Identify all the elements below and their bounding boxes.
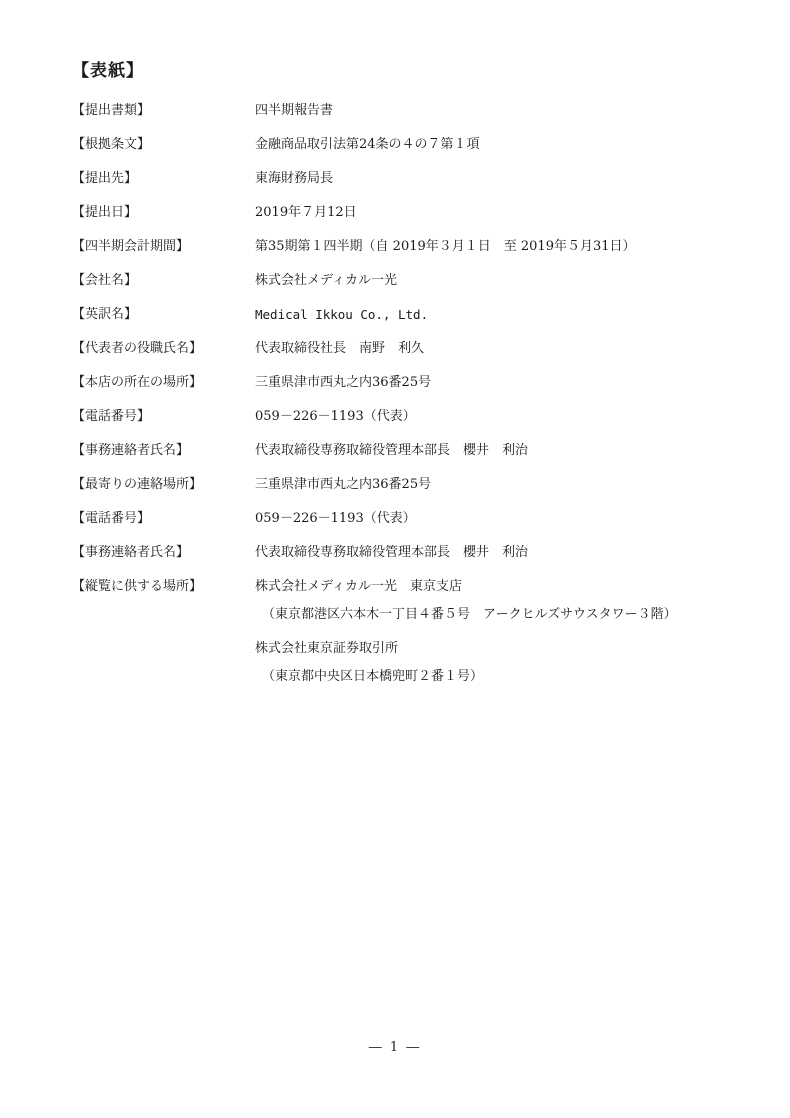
field-value: 代表取締役専務取締役管理本部長 櫻井 利治 (255, 441, 730, 461)
field-value: 金融商品取引法第24条の４の７第１項 (255, 135, 730, 155)
field-value-line: 三重県津市西丸之内36番25号 (255, 373, 730, 393)
field-value: 株式会社メディカル一光 (255, 271, 730, 291)
field-label: 【提出書類】 (72, 101, 255, 121)
field-value: 代表取締役社長 南野 利久 (255, 339, 730, 359)
field-value-line: （東京都港区六本木一丁目４番５号 アークヒルズサウスタワー３階） (255, 605, 730, 625)
field-row: 【事務連絡者氏名】 代表取締役専務取締役管理本部長 櫻井 利治 (72, 543, 730, 563)
field-value: 四半期報告書 (255, 101, 730, 121)
field-label: 【電話番号】 (72, 509, 255, 529)
field-value-line: 059－226－1193（代表） (255, 407, 730, 427)
field-value-line: 四半期報告書 (255, 101, 730, 121)
field-value-line: Medical Ikkou Co., Ltd. (255, 305, 730, 325)
field-row: 【提出書類】 四半期報告書 (72, 101, 730, 121)
field-value-line: 代表取締役専務取締役管理本部長 櫻井 利治 (255, 441, 730, 461)
field-row: 【事務連絡者氏名】 代表取締役専務取締役管理本部長 櫻井 利治 (72, 441, 730, 461)
field-row: 【本店の所在の場所】 三重県津市西丸之内36番25号 (72, 373, 730, 393)
field-label: 【本店の所在の場所】 (72, 373, 255, 393)
field-value: 株式会社メディカル一光 東京支店（東京都港区六本木一丁目４番５号 アークヒルズサ… (255, 577, 730, 625)
field-value-line: 株式会社メディカル一光 東京支店 (255, 577, 730, 597)
field-row: 株式会社東京証券取引所（東京都中央区日本橋兜町２番１号） (72, 639, 730, 687)
field-value-line: 株式会社メディカル一光 (255, 271, 730, 291)
field-label: 【英訳名】 (72, 305, 255, 325)
field-value: 2019年７月12日 (255, 203, 730, 223)
field-value: Medical Ikkou Co., Ltd. (255, 305, 730, 325)
field-value-line: 第35期第１四半期（自 2019年３月１日 至 2019年５月31日） (255, 237, 730, 257)
field-row: 【会社名】 株式会社メディカル一光 (72, 271, 730, 291)
field-value: 東海財務局長 (255, 169, 730, 189)
field-value-line: 2019年７月12日 (255, 203, 730, 223)
field-value: 三重県津市西丸之内36番25号 (255, 373, 730, 393)
field-value-line: 代表取締役社長 南野 利久 (255, 339, 730, 359)
field-label: 【四半期会計期間】 (72, 237, 255, 257)
field-label: 【縦覧に供する場所】 (72, 577, 255, 597)
footer-page-number: ― 1 ― (369, 1040, 422, 1055)
field-row: 【根拠条文】 金融商品取引法第24条の４の７第１項 (72, 135, 730, 155)
field-label: 【提出先】 (72, 169, 255, 189)
field-label: 【提出日】 (72, 203, 255, 223)
field-value-line: 三重県津市西丸之内36番25号 (255, 475, 730, 495)
field-value: 株式会社東京証券取引所（東京都中央区日本橋兜町２番１号） (255, 639, 730, 687)
field-label: 【最寄りの連絡場所】 (72, 475, 255, 495)
field-value-line: 東海財務局長 (255, 169, 730, 189)
page-footer: ― 1 ― (0, 1040, 790, 1055)
field-value: 三重県津市西丸之内36番25号 (255, 475, 730, 495)
field-label: 【電話番号】 (72, 407, 255, 427)
field-label: 【会社名】 (72, 271, 255, 291)
field-label: 【代表者の役職氏名】 (72, 339, 255, 359)
field-value: 第35期第１四半期（自 2019年３月１日 至 2019年５月31日） (255, 237, 730, 257)
doc-title: 【表紙】 (72, 56, 730, 81)
field-list: 【提出書類】 四半期報告書 【根拠条文】 金融商品取引法第24条の４の７第１項 … (72, 101, 730, 687)
field-value-line: 株式会社東京証券取引所 (255, 639, 730, 659)
field-row: 【代表者の役職氏名】 代表取締役社長 南野 利久 (72, 339, 730, 359)
field-value-line: 金融商品取引法第24条の４の７第１項 (255, 135, 730, 155)
document-page: 【表紙】 【提出書類】 四半期報告書 【根拠条文】 金融商品取引法第24条の４の… (0, 0, 790, 1118)
field-label: 【根拠条文】 (72, 135, 255, 155)
field-value: 代表取締役専務取締役管理本部長 櫻井 利治 (255, 543, 730, 563)
field-value: 059－226－1193（代表） (255, 509, 730, 529)
field-label: 【事務連絡者氏名】 (72, 441, 255, 461)
field-value-line: 代表取締役専務取締役管理本部長 櫻井 利治 (255, 543, 730, 563)
field-row: 【提出日】 2019年７月12日 (72, 203, 730, 223)
field-value: 059－226－1193（代表） (255, 407, 730, 427)
field-label: 【事務連絡者氏名】 (72, 543, 255, 563)
field-row: 【提出先】 東海財務局長 (72, 169, 730, 189)
field-value-line: 059－226－1193（代表） (255, 509, 730, 529)
field-row: 【英訳名】 Medical Ikkou Co., Ltd. (72, 305, 730, 325)
field-row: 【四半期会計期間】 第35期第１四半期（自 2019年３月１日 至 2019年５… (72, 237, 730, 257)
field-row: 【最寄りの連絡場所】 三重県津市西丸之内36番25号 (72, 475, 730, 495)
field-row: 【縦覧に供する場所】 株式会社メディカル一光 東京支店（東京都港区六本木一丁目４… (72, 577, 730, 625)
field-value-line: （東京都中央区日本橋兜町２番１号） (255, 667, 730, 687)
field-row: 【電話番号】 059－226－1193（代表） (72, 407, 730, 427)
field-row: 【電話番号】 059－226－1193（代表） (72, 509, 730, 529)
